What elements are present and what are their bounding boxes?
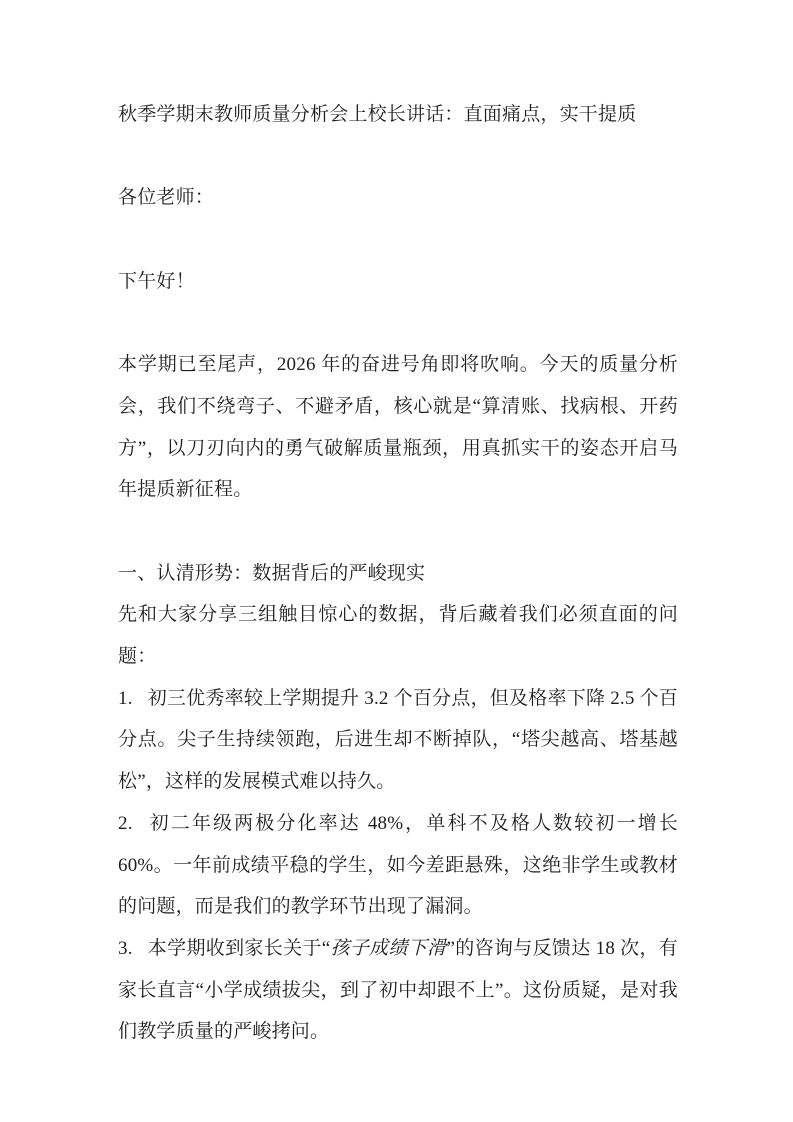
list-item-3-text-emphasis: 孩子成绩下滑 <box>330 938 446 959</box>
section-heading: 一、认清形势：数据背后的严峻现实 <box>118 553 678 595</box>
salutation: 各位老师： <box>118 177 678 219</box>
document-title: 秋季学期末教师质量分析会上校长讲话：直面痛点，实干提质 <box>118 94 678 136</box>
intro-paragraph: 本学期已至尾声，2026 年的奋进号角即将吹响。今天的质量分析会，我们不绕弯子、… <box>118 344 678 511</box>
list-item-1-number: 1. <box>118 678 133 720</box>
list-item-2-number: 2. <box>118 803 133 845</box>
list-item-2: 2.初二年级两极分化率达 48%，单科不及格人数较初一增长 60%。一年前成绩平… <box>118 803 678 928</box>
greeting: 下午好！ <box>118 261 678 303</box>
list-item-3-text-before: 本学期收到家长关于“ <box>148 938 331 959</box>
list-item-3-number: 3. <box>118 928 133 970</box>
document-page: 秋季学期末教师质量分析会上校长讲话：直面痛点，实干提质 各位老师： 下午好！ 本… <box>0 0 793 1122</box>
list-item-3: 3.本学期收到家长关于“孩子成绩下滑”的咨询与反馈达 18 次，有家长直言“小学… <box>118 928 678 1053</box>
list-item-1: 1.初三优秀率较上学期提升 3.2 个百分点，但及格率下降 2.5 个百分点。尖… <box>118 678 678 803</box>
list-item-2-text: 初二年级两极分化率达 48%，单科不及格人数较初一增长 60%。一年前成绩平稳的… <box>118 813 678 917</box>
section-lead: 先和大家分享三组触目惊心的数据，背后藏着我们必须直面的问题： <box>118 594 678 677</box>
list-item-1-text: 初三优秀率较上学期提升 3.2 个百分点，但及格率下降 2.5 个百分点。尖子生… <box>118 688 678 792</box>
